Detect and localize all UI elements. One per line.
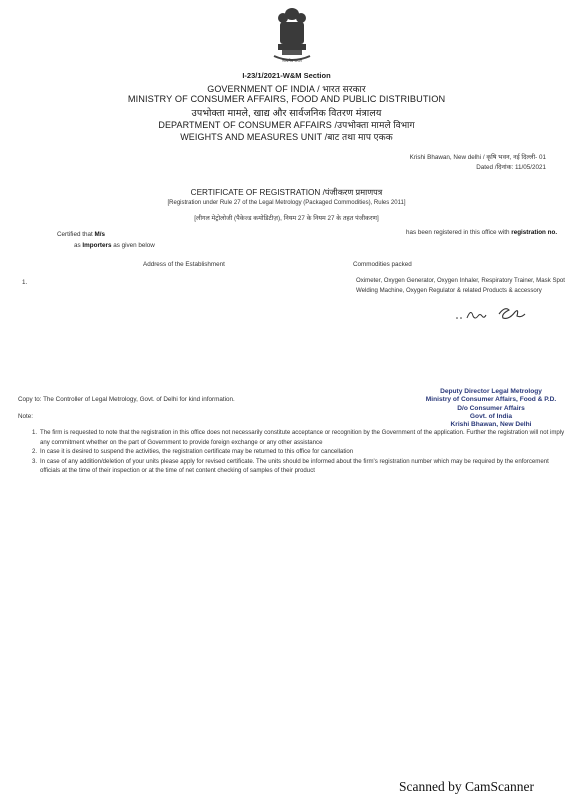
commodities-list: Oximeter, Oxygen Generator, Oxygen Inhal… <box>356 276 566 295</box>
row-number: 1. <box>22 279 27 286</box>
certificate-subtitle: [Registration under Rule 27 of the Legal… <box>0 200 573 206</box>
note-item: 2. In case it is desired to suspend the … <box>32 447 567 457</box>
note-label: Note: <box>18 413 33 420</box>
unit-heading: WEIGHTS AND MEASURES UNIT /बाट तथा माप ए… <box>0 130 573 143</box>
certified-line: Certified that M/s <box>57 231 105 238</box>
svg-text:सत्यमेव जयते: सत्यमेव जयते <box>282 58 302 63</box>
certificate-title: CERTIFICATE OF REGISTRATION /पंजीकरण प्र… <box>0 187 573 198</box>
place-date-block: Krishi Bhawan, New delhi / कृषि भवन, नई … <box>410 153 546 172</box>
registered-line: has been registered in this office with … <box>406 229 557 236</box>
reference-number: I-23/1/2021-W&M Section <box>0 71 573 80</box>
category-line: as Importers as given below <box>74 242 155 249</box>
official-stamp: Deputy Director Legal Metrology Ministry… <box>416 388 566 429</box>
commodities-column-header: Commodities packed <box>353 261 412 268</box>
category-importers: Importers <box>82 242 111 249</box>
note-item: 3. In case of any addition/deletion of y… <box>32 457 567 476</box>
copy-to: Copy to: The Controller of Legal Metrolo… <box>18 396 235 403</box>
ministry-heading: MINISTRY OF CONSUMER AFFAIRS, FOOD AND P… <box>0 94 573 104</box>
certificate-subtitle-hindi: [लीगल मेट्रोलोजी (पैकेज्ड कमोडिटीज़), नि… <box>0 213 573 222</box>
note-item: 1. The firm is requested to note that th… <box>32 428 567 447</box>
signature <box>453 302 533 324</box>
registration-number-label: registration no. <box>511 229 557 236</box>
scanner-watermark: Scanned by CamScanner <box>399 779 534 795</box>
address-column-header: Address of the Establishment <box>143 261 225 268</box>
firm-name-label: M/s <box>94 231 105 238</box>
office-address: Krishi Bhawan, New delhi / कृषि भवन, नई … <box>410 153 546 163</box>
notes-list: 1. The firm is requested to note that th… <box>32 428 567 476</box>
issue-date: Dated /दिनांक: 11/05/2021 <box>410 163 546 173</box>
national-emblem-icon: सत्यमेव जयते <box>268 4 316 66</box>
